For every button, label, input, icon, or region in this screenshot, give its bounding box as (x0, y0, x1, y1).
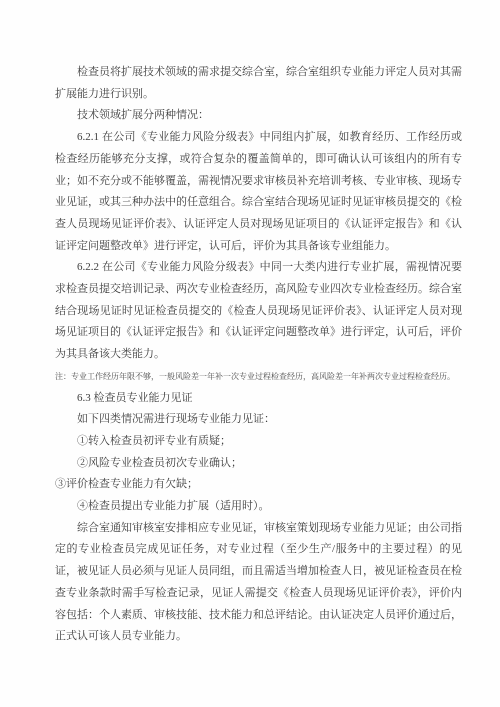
witness-item-4: ④检查员提出专业能力扩展（适用时）。 (55, 496, 462, 518)
paragraph-clause-6-2-1: 6.2.1 在公司《专业能力风险分级表》中同组内扩展，如教育经历、工作经历或检查… (55, 127, 462, 257)
paragraph-witness-intro: 如下四类情况需进行现场专业能力见证： (55, 409, 462, 431)
document-page: 检查员将扩展技术领域的需求提交综合室，综合室组织专业能力评定人员对其需扩展能力进… (0, 0, 500, 707)
paragraph-clause-6-2-2: 6.2.2 在公司《专业能力风险分级表》中同一大类内进行专业扩展，需视情况要求检… (55, 257, 462, 366)
witness-item-1: ①转入检查员初评专业有质疑； (55, 431, 462, 453)
section-heading-6-3: 6.3 检查员专业能力见证 (55, 388, 462, 410)
paragraph-intro: 检查员将扩展技术领域的需求提交综合室，综合室组织专业能力评定人员对其需扩展能力进… (55, 62, 462, 105)
footnote-line: 注：专业工作经历年限不够，一般风险差一年补一次专业过程检查经历，高风险差一年补两… (55, 366, 462, 388)
witness-item-2: ②风险专业检查员初次专业确认； (55, 453, 462, 475)
paragraph-witness-process: 综合室通知审核室安排相应专业见证，审核室策划现场专业能力见证；由公司指定的专业检… (55, 518, 462, 648)
paragraph-two-cases: 技术领域扩展分两种情况： (55, 105, 462, 127)
witness-item-3: ③评价检查专业能力有欠缺； (55, 474, 462, 496)
